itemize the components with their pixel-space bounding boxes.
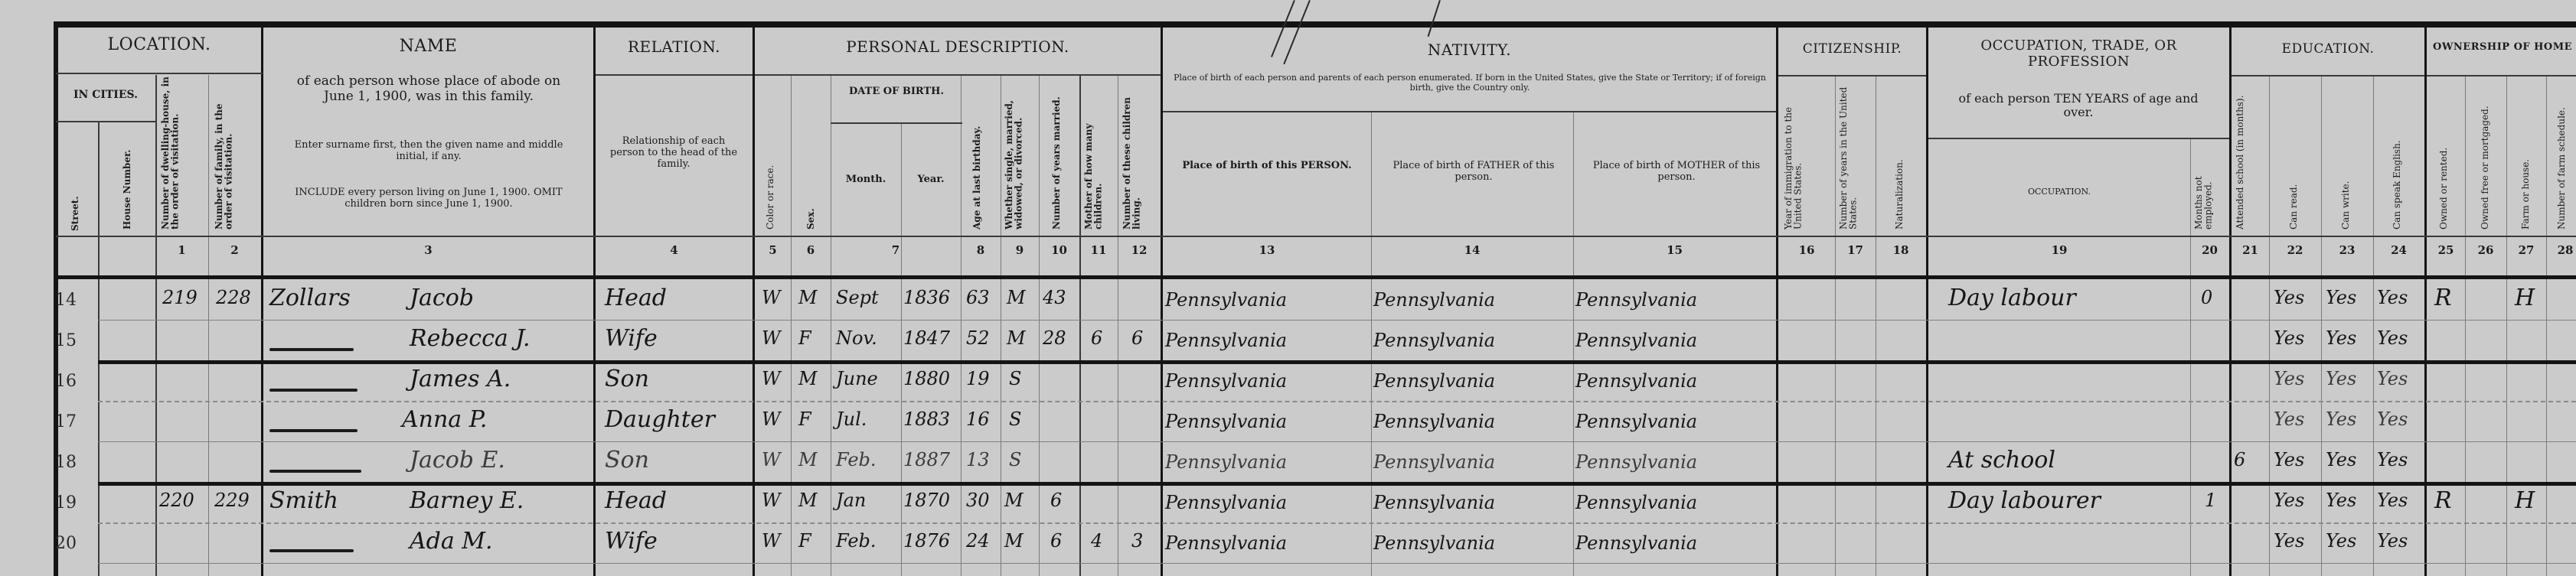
col-num: 19 <box>1928 243 2190 257</box>
birthplace-person: Pennsylvania <box>1165 370 1287 392</box>
col-rule <box>961 75 962 576</box>
col-num: 1 <box>155 243 208 257</box>
name-include-instruction: INCLUDE every person living on June 1, 1… <box>283 187 574 210</box>
header-street: Street. <box>70 184 80 231</box>
birth-year: 1870 <box>903 490 950 511</box>
birthplace-father: Pennsylvania <box>1373 451 1495 473</box>
relation: Head <box>605 487 667 514</box>
relation: Wife <box>605 528 658 555</box>
col-rule <box>155 75 157 576</box>
col-rule <box>791 75 792 576</box>
header-rule <box>56 73 263 74</box>
occupation: Day labourer <box>1948 487 2101 514</box>
farm-house: H <box>2515 487 2535 514</box>
col-rule <box>2465 75 2466 576</box>
row-rule <box>98 441 2576 442</box>
given-name: Barney E. <box>410 487 524 514</box>
header-dwelling-number: Number of dwelling-house, in the order o… <box>161 76 207 229</box>
birthplace-person: Pennsylvania <box>1165 532 1287 554</box>
header-month: Month. <box>831 174 901 186</box>
col-rule <box>1371 111 1372 576</box>
months-unemployed: 1 <box>2205 490 2216 511</box>
sex: M <box>798 449 818 470</box>
birthplace-mother: Pennsylvania <box>1575 411 1697 432</box>
family-rule <box>98 482 2576 486</box>
header-birth-mother: Place of birth of MOTHER of this person. <box>1581 161 1772 184</box>
group-date-of-birth: DATE OF BIRTH. <box>831 86 962 98</box>
col-rule <box>261 24 263 576</box>
mother-of-children: 4 <box>1091 530 1102 552</box>
pen-mark <box>1428 0 1441 37</box>
header-rule <box>1163 111 1776 112</box>
col-rule <box>1776 24 1778 576</box>
group-location: LOCATION. <box>56 35 263 54</box>
col-rule <box>2229 24 2232 576</box>
given-name: James A. <box>410 366 511 392</box>
surname: Zollars <box>269 285 351 311</box>
col-rule <box>208 75 209 576</box>
col-rule <box>1118 75 1118 576</box>
col-rule <box>1161 24 1163 576</box>
group-relation: RELATION. <box>596 38 753 56</box>
birth-year: 1883 <box>903 408 950 430</box>
birth-year: 1836 <box>903 287 950 308</box>
header-naturalization: Naturalization. <box>1895 142 1905 229</box>
col-num: 21 <box>2232 243 2269 257</box>
header-rule <box>2232 75 2424 76</box>
family-number: 229 <box>214 490 250 511</box>
header-rule <box>2427 75 2576 76</box>
header-owned-free: Owned free or mortgaged. <box>2480 76 2490 229</box>
col-rule <box>1926 24 1928 576</box>
can-read: Yes <box>2274 530 2304 552</box>
can-speak-english: Yes <box>2377 408 2408 430</box>
birthplace-father: Pennsylvania <box>1373 492 1495 513</box>
header-children-living: Number of these children living. <box>1122 76 1154 229</box>
group-in-cities: IN CITIES. <box>56 89 155 101</box>
col-rule <box>2424 24 2427 576</box>
can-read: Yes <box>2274 449 2304 470</box>
col-num: 8 <box>961 243 1001 257</box>
birthplace-mother: Pennsylvania <box>1575 532 1697 554</box>
can-write: Yes <box>2326 327 2356 349</box>
months-unemployed: 0 <box>2201 287 2212 308</box>
sex: M <box>798 490 818 511</box>
col-rule <box>1079 75 1081 576</box>
birth-month: Nov. <box>836 327 877 349</box>
col-rule <box>1835 75 1836 576</box>
ditto-mark <box>269 429 358 432</box>
dwelling-number: 220 <box>159 490 194 511</box>
birth-month: Jan <box>836 490 866 511</box>
surname: Smith <box>269 487 338 514</box>
can-speak-english: Yes <box>2377 287 2408 308</box>
col-num: 4 <box>596 243 753 257</box>
can-read: Yes <box>2274 327 2304 349</box>
marital-status: M <box>1004 530 1024 552</box>
header-years-married: Number of years married. <box>1052 76 1062 229</box>
top-border <box>54 21 2576 28</box>
header-owned-rented: Owned or rented. <box>2439 130 2449 229</box>
header-can-speak-english: Can speak English. <box>2392 119 2402 229</box>
col-num: 9 <box>1001 243 1039 257</box>
col-num: 7 <box>831 243 961 257</box>
given-name: Anna P. <box>402 406 487 433</box>
header-birth-father: Place of birth of FATHER of this person. <box>1378 161 1569 184</box>
owned-rented: R <box>2434 487 2452 514</box>
line-number: 20 <box>46 534 77 553</box>
col-rule <box>2321 75 2322 576</box>
sex: M <box>798 368 818 389</box>
col-rule <box>753 24 755 576</box>
header-color-race: Color or race. <box>766 145 775 229</box>
col-rule <box>2373 75 2374 576</box>
col-num: 15 <box>1573 243 1776 257</box>
col-rule <box>1573 111 1574 576</box>
age: 19 <box>966 368 990 389</box>
header-year: Year. <box>901 174 961 186</box>
col-rule <box>831 75 831 576</box>
row-rule <box>98 522 2576 524</box>
col-num: 23 <box>2321 243 2373 257</box>
can-speak-english: Yes <box>2377 368 2408 389</box>
can-write: Yes <box>2326 408 2356 430</box>
col-rule <box>1039 75 1040 576</box>
dwelling-number: 219 <box>162 287 198 308</box>
birth-month: Sept <box>836 287 879 308</box>
birthplace-father: Pennsylvania <box>1373 370 1495 392</box>
col-num: 26 <box>2465 243 2506 257</box>
age: 16 <box>966 408 990 430</box>
can-speak-english: Yes <box>2377 449 2408 470</box>
children-living: 6 <box>1131 327 1143 349</box>
occupation: At school <box>1948 447 2055 473</box>
header-can-read: Can read. <box>2289 172 2299 229</box>
col-num: 28 <box>2546 243 2576 257</box>
marital-status: M <box>1004 490 1024 511</box>
birth-month: Jul. <box>836 408 867 430</box>
birthplace-mother: Pennsylvania <box>1575 492 1697 513</box>
given-name: Ada M. <box>410 528 493 555</box>
col-num: 14 <box>1371 243 1573 257</box>
birthplace-father: Pennsylvania <box>1373 330 1495 351</box>
can-read: Yes <box>2274 490 2304 511</box>
line-number: 18 <box>46 453 77 472</box>
header-rule <box>56 236 2576 237</box>
header-farm-schedule: Number of farm schedule. <box>2557 76 2567 229</box>
given-name: Rebecca J. <box>410 325 531 352</box>
age: 24 <box>966 530 990 552</box>
col-num: 24 <box>2373 243 2424 257</box>
years-married: 43 <box>1043 287 1066 308</box>
can-speak-english: Yes <box>2377 327 2408 349</box>
nativity-description: Place of birth of each person and parent… <box>1171 73 1768 93</box>
col-rule <box>2269 75 2270 576</box>
relation: Wife <box>605 325 658 352</box>
col-num: 16 <box>1778 243 1835 257</box>
can-read: Yes <box>2274 408 2304 430</box>
ditto-mark <box>269 470 361 473</box>
years-married: 6 <box>1050 530 1062 552</box>
attended-school: 6 <box>2234 449 2245 470</box>
birthplace-father: Pennsylvania <box>1373 532 1495 554</box>
col-num: 11 <box>1079 243 1118 257</box>
header-rule <box>755 74 1161 76</box>
relation: Head <box>605 285 667 311</box>
relation-description: Relationship of each person to the head … <box>605 136 743 171</box>
birth-year: 1887 <box>903 449 950 470</box>
marital-status: M <box>1007 287 1026 308</box>
birthplace-person: Pennsylvania <box>1165 330 1287 351</box>
line-number: 19 <box>46 493 77 513</box>
group-education: EDUCATION. <box>2232 42 2424 57</box>
col-num: 18 <box>1876 243 1926 257</box>
header-marital-status: Whether single, married, widowed, or div… <box>1004 76 1037 229</box>
can-write: Yes <box>2326 287 2356 308</box>
birthplace-father: Pennsylvania <box>1373 411 1495 432</box>
row-rule <box>98 401 2576 402</box>
birth-year: 1876 <box>903 530 950 552</box>
group-occupation: OCCUPATION, TRADE, OR PROFESSION <box>1928 38 2229 70</box>
col-rule <box>901 122 902 576</box>
group-nativity: NATIVITY. <box>1163 41 1776 59</box>
col-num: 22 <box>2269 243 2321 257</box>
row-rule <box>98 320 2576 321</box>
col-num: 10 <box>1039 243 1079 257</box>
given-name: Jacob E. <box>410 447 505 473</box>
col-num: 25 <box>2427 243 2465 257</box>
header-immigration-year: Year of immigration to the United States… <box>1784 80 1831 229</box>
header-occupation: OCCUPATION. <box>1928 187 2190 197</box>
col-rule <box>1876 75 1876 576</box>
header-family-number: Number of family, in the order of visita… <box>214 76 256 229</box>
group-name: NAME <box>263 37 593 56</box>
col-num: 12 <box>1118 243 1161 257</box>
age: 52 <box>966 327 990 349</box>
can-read: Yes <box>2274 287 2304 308</box>
can-write: Yes <box>2326 368 2356 389</box>
col-rule <box>2190 138 2191 576</box>
header-sex: Sex. <box>806 203 816 229</box>
header-rule <box>831 122 962 124</box>
col-num: 6 <box>791 243 831 257</box>
line-number: 16 <box>46 372 77 391</box>
header-years-in-us: Number of years in the United States. <box>1839 80 1872 229</box>
header-rule <box>56 121 155 122</box>
header-rule <box>1778 75 1926 76</box>
sex: F <box>798 408 811 430</box>
relation: Son <box>605 366 649 392</box>
group-ownership: OWNERSHIP OF HOME <box>2427 42 2576 54</box>
color: W <box>762 408 781 430</box>
col-num: 17 <box>1835 243 1876 257</box>
sex: F <box>798 327 811 349</box>
ditto-mark <box>269 549 354 552</box>
col-rule <box>1001 75 1001 576</box>
color: W <box>762 368 781 389</box>
color: W <box>762 327 781 349</box>
birthplace-person: Pennsylvania <box>1165 289 1287 311</box>
color: W <box>762 449 781 470</box>
col-rule <box>2506 75 2507 576</box>
header-mother-of: Mother of how many children. <box>1084 76 1115 229</box>
col-num: 13 <box>1163 243 1371 257</box>
can-write: Yes <box>2326 449 2356 470</box>
col-rule <box>2546 75 2547 576</box>
header-house-number: House Number. <box>122 138 132 229</box>
age: 63 <box>966 287 990 308</box>
header-birth-person: Place of birth of this PERSON. <box>1171 161 1363 172</box>
occupation: Day labour <box>1948 285 2076 311</box>
col-rule <box>98 122 100 576</box>
birth-month: Feb. <box>836 530 877 552</box>
group-citizenship: CITIZENSHIP. <box>1778 42 1926 57</box>
years-married: 28 <box>1043 327 1066 349</box>
relation: Son <box>605 447 649 473</box>
header-attended-school: Attended school (in months). <box>2235 80 2266 229</box>
mother-of-children: 6 <box>1091 327 1102 349</box>
line-number: 14 <box>46 291 77 310</box>
color: W <box>762 490 781 511</box>
header-months-unemployed: Months not employed. <box>2194 142 2226 229</box>
years-married: 6 <box>1050 490 1062 511</box>
header-can-write: Can write. <box>2341 172 2351 229</box>
birth-month: June <box>836 368 878 389</box>
header-rule <box>1928 138 2229 139</box>
color: W <box>762 287 781 308</box>
col-num: 20 <box>2190 243 2229 257</box>
birthplace-person: Pennsylvania <box>1165 451 1287 473</box>
col-rule <box>593 24 596 576</box>
birth-year: 1880 <box>903 368 950 389</box>
birthplace-person: Pennsylvania <box>1165 411 1287 432</box>
sex: M <box>798 287 818 308</box>
birthplace-mother: Pennsylvania <box>1575 370 1697 392</box>
birthplace-mother: Pennsylvania <box>1575 451 1697 473</box>
relation: Daughter <box>605 406 715 433</box>
farm-house: H <box>2515 285 2535 311</box>
given-name: Jacob <box>410 285 474 311</box>
line-number: 15 <box>46 331 77 350</box>
children-living: 3 <box>1131 530 1143 552</box>
birthplace-mother: Pennsylvania <box>1575 289 1697 311</box>
marital-status: S <box>1009 408 1021 430</box>
can-write: Yes <box>2326 490 2356 511</box>
age: 30 <box>966 490 990 511</box>
col-num: 27 <box>2506 243 2546 257</box>
occupation-description: of each person TEN YEARS of age and over… <box>1944 92 2212 120</box>
col-num: 5 <box>755 243 791 257</box>
can-speak-english: Yes <box>2377 530 2408 552</box>
birthplace-person: Pennsylvania <box>1165 492 1287 513</box>
header-rule <box>596 74 753 76</box>
color: W <box>762 530 781 552</box>
can-read: Yes <box>2274 368 2304 389</box>
ditto-mark <box>269 389 358 392</box>
header-bottom-rule <box>56 275 2576 279</box>
header-farm-house: Farm or house. <box>2521 145 2531 229</box>
sex: F <box>798 530 811 552</box>
line-number: 17 <box>46 412 77 431</box>
birth-month: Feb. <box>836 449 877 470</box>
row-rule <box>98 563 2576 564</box>
marital-status: S <box>1009 368 1021 389</box>
can-write: Yes <box>2326 530 2356 552</box>
owned-rented: R <box>2434 285 2452 311</box>
marital-status: S <box>1009 449 1021 470</box>
col-num: 2 <box>208 243 261 257</box>
name-description: of each person whose place of abode on J… <box>283 74 574 104</box>
col-num: 3 <box>263 243 593 257</box>
ditto-mark <box>269 348 354 351</box>
marital-status: M <box>1007 327 1026 349</box>
birth-year: 1847 <box>903 327 950 349</box>
age: 13 <box>966 449 990 470</box>
group-personal-description: PERSONAL DESCRIPTION. <box>755 38 1161 56</box>
birthplace-father: Pennsylvania <box>1373 289 1495 311</box>
family-rule <box>98 360 2576 364</box>
header-age: Age at last birthday. <box>972 99 982 229</box>
name-enter-instruction: Enter surname first, then the given name… <box>283 140 574 163</box>
family-number: 228 <box>216 287 251 308</box>
birthplace-mother: Pennsylvania <box>1575 330 1697 351</box>
census-sheet: LOCATION. IN CITIES. NAME of each person… <box>0 0 2576 576</box>
can-speak-english: Yes <box>2377 490 2408 511</box>
